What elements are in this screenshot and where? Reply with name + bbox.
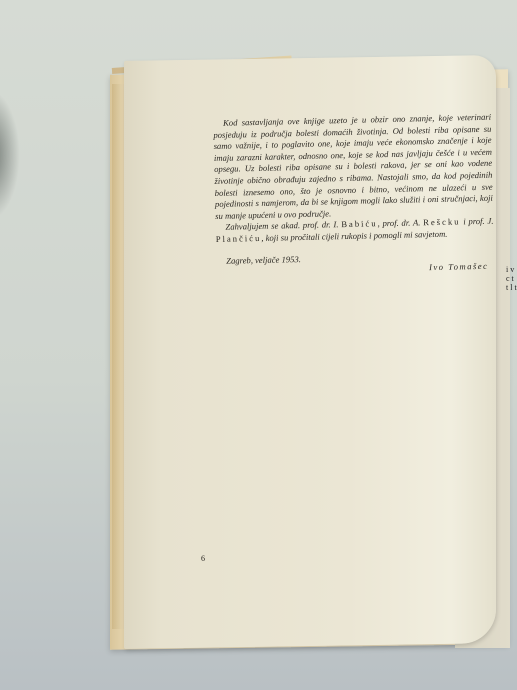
page-number: 6 [201,554,205,563]
thanks-mid1: , prof. dr. A. [377,218,423,229]
author-name: Ivo Tomašec [429,261,495,272]
name-rescek: Rešcku [423,217,461,228]
preface-text: Kod sastavljanja ove knjige uzeto je u o… [213,112,495,279]
thanks-mid2: i prof. J. [460,216,493,227]
place-date: Zagreb, veljače 1953. [216,254,301,268]
preface-paragraph: Kod sastavljanja ove knjige uzeto je u o… [213,112,493,223]
name-babic: Babiću [341,219,378,230]
background-shadow [0,90,20,220]
name-plancic: Plančiću [216,233,262,244]
thanks-prefix: Zahvaljujem se akad. prof. dr. I. [225,219,341,232]
facing-page-text-fragment: i v c t t l t [506,265,517,345]
acknowledgement-paragraph: Zahvaljujem se akad. prof. dr. I. Babiću… [215,216,493,245]
thanks-suffix: , koji su pročitali cijeli rukopis i pom… [261,229,447,243]
